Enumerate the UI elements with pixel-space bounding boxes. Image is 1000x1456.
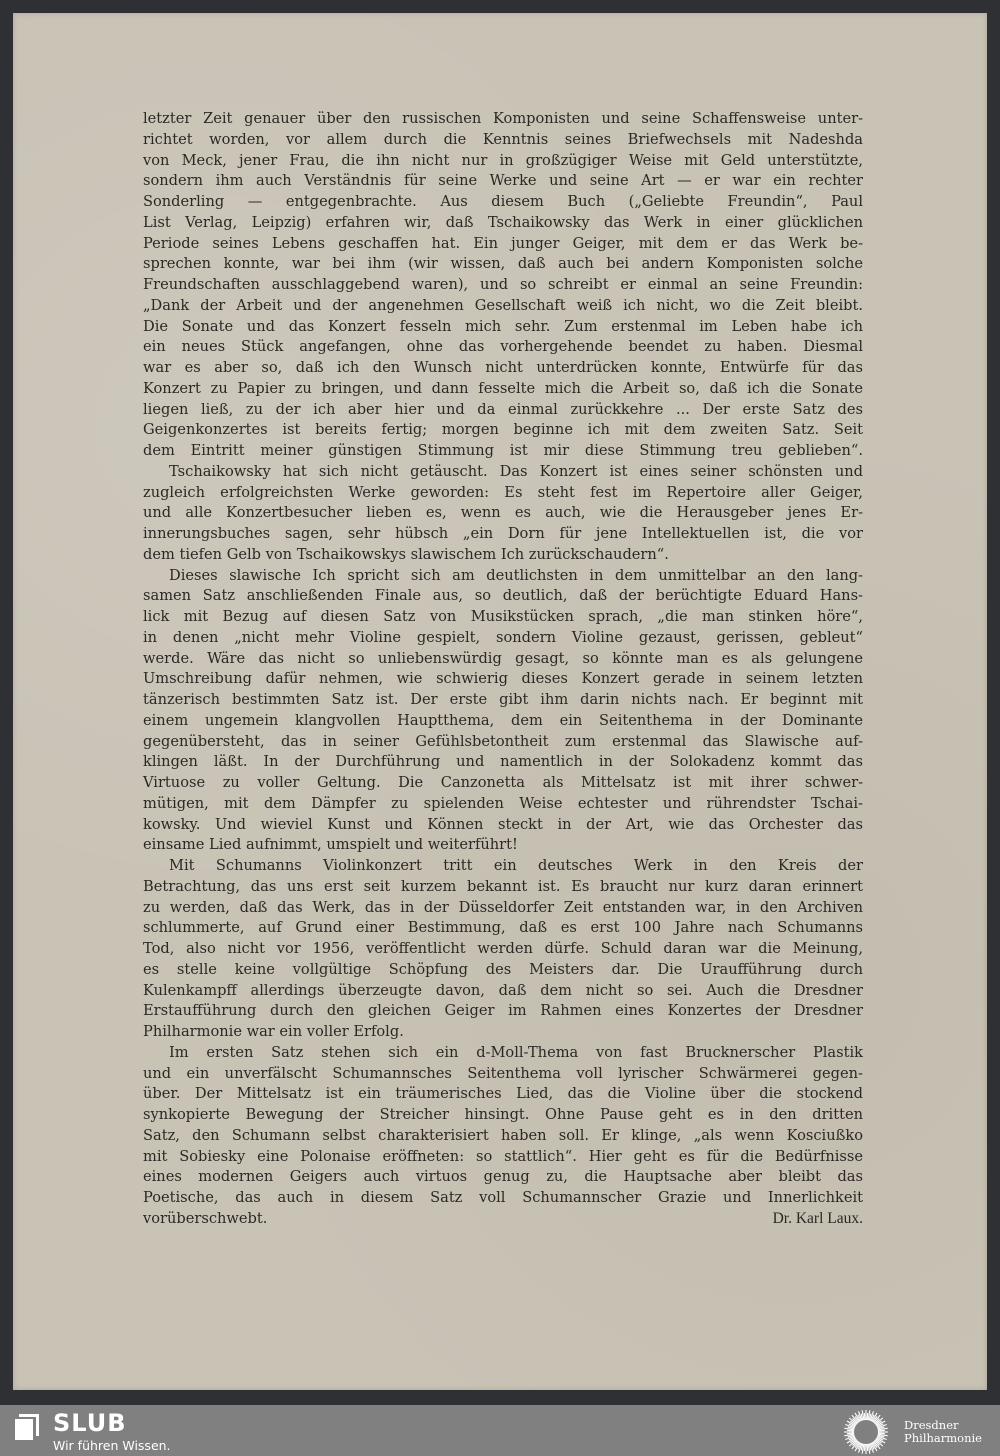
text-line: Tschaikowsky hat sich nicht getäuscht. D… xyxy=(143,462,863,483)
text-line: Umschreibung dafür nehmen, wie schwierig… xyxy=(143,669,863,690)
text-line: Sonderling — entgegenbrachte. Aus diesem… xyxy=(143,192,863,213)
scanned-page: letzter Zeit genauer über den russischen… xyxy=(13,13,987,1390)
text-line: dem Eintritt meiner günstigen Stimmung i… xyxy=(143,441,863,462)
text-line: in denen „nicht mehr Violine gespielt, s… xyxy=(143,628,863,649)
text-line: lick mit Bezug auf diesen Satz von Musik… xyxy=(143,607,863,628)
text-line: Betrachtung, das uns erst seit kurzem be… xyxy=(143,877,863,898)
text-line: List Verlag, Leipzig) erfahren wir, daß … xyxy=(143,213,863,234)
slub-name: SLUB xyxy=(53,1409,127,1437)
closing-line: vorüberschwebt.Dr. Karl Laux. xyxy=(143,1209,863,1230)
text-line: und ein unverfälscht Schumannsches Seite… xyxy=(143,1064,863,1085)
text-line: Erstaufführung durch den gleichen Geiger… xyxy=(143,1001,863,1022)
text-line: Die Sonate und das Konzert fesseln mich … xyxy=(143,317,863,338)
text-line: letzter Zeit genauer über den russischen… xyxy=(143,109,863,130)
text-line: mütigen, mit dem Dämpfer zu spielenden W… xyxy=(143,794,863,815)
text-line: über. Der Mittelsatz ist ein träumerisch… xyxy=(143,1084,863,1105)
text-line: war es aber so, daß ich den Wunsch nicht… xyxy=(143,358,863,379)
slub-tagline: Wir führen Wissen. xyxy=(53,1438,171,1453)
text-line: Konzert zu Papier zu bringen, und dann f… xyxy=(143,379,863,400)
text-line: innerungsbuches sagen, sehr hübsch „ein … xyxy=(143,524,863,545)
text-line: Geigenkonzertes ist bereits fertig; morg… xyxy=(143,420,863,441)
text-line: Dieses slawische Ich spricht sich am deu… xyxy=(143,566,863,587)
text-line: zu werden, daß das Werk, das in der Düss… xyxy=(143,898,863,919)
footer-bar: SLUB Wir führen Wissen. Dresdner Philhar… xyxy=(0,1405,1000,1456)
text-line: zugleich erfolgreichsten Werke geworden:… xyxy=(143,483,863,504)
article-body: letzter Zeit genauer über den russischen… xyxy=(143,109,863,1230)
text-line: Virtuose zu voller Geltung. Die Canzonet… xyxy=(143,773,863,794)
closing-text: vorüberschwebt. xyxy=(143,1209,267,1230)
text-line: von Meck, jener Frau, die ihn nicht nur … xyxy=(143,151,863,172)
text-line: und alle Konzertbesucher lieben es, wenn… xyxy=(143,503,863,524)
text-line: Poetische, das auch in diesem Satz voll … xyxy=(143,1188,863,1209)
text-line: Kulenkampff allerdings überzeugte davon,… xyxy=(143,981,863,1002)
text-line: gegenübersteht, das in seiner Gefühlsbet… xyxy=(143,732,863,753)
text-line: sondern ihm auch Verständnis für seine W… xyxy=(143,171,863,192)
text-line: liegen ließ, zu der ich aber hier und da… xyxy=(143,400,863,421)
text-line: synkopierte Bewegung der Streicher hinsi… xyxy=(143,1105,863,1126)
text-line: klingen läßt. In der Durchführung und na… xyxy=(143,752,863,773)
text-line: tänzerisch bestimmten Satz ist. Der erst… xyxy=(143,690,863,711)
text-line: Periode seines Lebens geschaffen hat. Ei… xyxy=(143,234,863,255)
text-line: Mit Schumanns Violinkonzert tritt ein de… xyxy=(143,856,863,877)
philharmonie-line2: Philharmonie xyxy=(904,1432,982,1445)
text-line: Im ersten Satz stehen sich ein d-Moll-Th… xyxy=(143,1043,863,1064)
text-line: richtet worden, vor allem durch die Kenn… xyxy=(143,130,863,151)
text-line: kowsky. Und wieviel Kunst und Können ste… xyxy=(143,815,863,836)
text-line: werde. Wäre das nicht so unliebenswürdig… xyxy=(143,649,863,670)
text-line: Philharmonie war ein voller Erfolg. xyxy=(143,1022,863,1043)
text-line: ein neues Stück angefangen, ohne das vor… xyxy=(143,337,863,358)
philharmonie-sun-logo-icon xyxy=(840,1408,892,1456)
text-line: es stelle keine vollgültige Schöpfung de… xyxy=(143,960,863,981)
text-line: Satz, den Schumann selbst charakterisier… xyxy=(143,1126,863,1147)
author-signature: Dr. Karl Laux. xyxy=(773,1209,863,1230)
slub-logo-icon xyxy=(13,1413,41,1441)
text-line: einsame Lied aufnimmt, umspielt und weit… xyxy=(143,835,863,856)
text-line: Freundschaften ausschlaggebend waren), u… xyxy=(143,275,863,296)
text-line: Tod, also nicht vor 1956, veröffentlicht… xyxy=(143,939,863,960)
text-line: schlummerte, auf Grund einer Bestimmung,… xyxy=(143,918,863,939)
text-line: mit Sobiesky eine Polonaise eröffneten: … xyxy=(143,1147,863,1168)
text-line: „Dank der Arbeit und der angenehmen Gese… xyxy=(143,296,863,317)
philharmonie-name: Dresdner Philharmonie xyxy=(904,1419,982,1445)
text-line: eines modernen Geigers auch virtuos genu… xyxy=(143,1167,863,1188)
text-line: dem tiefen Gelb von Tschaikowskys slawis… xyxy=(143,545,863,566)
text-line: sprechen konnte, war bei ihm (wir wissen… xyxy=(143,254,863,275)
text-line: samen Satz anschließenden Finale aus, so… xyxy=(143,586,863,607)
text-line: einem ungemein klangvollen Hauptthema, d… xyxy=(143,711,863,732)
